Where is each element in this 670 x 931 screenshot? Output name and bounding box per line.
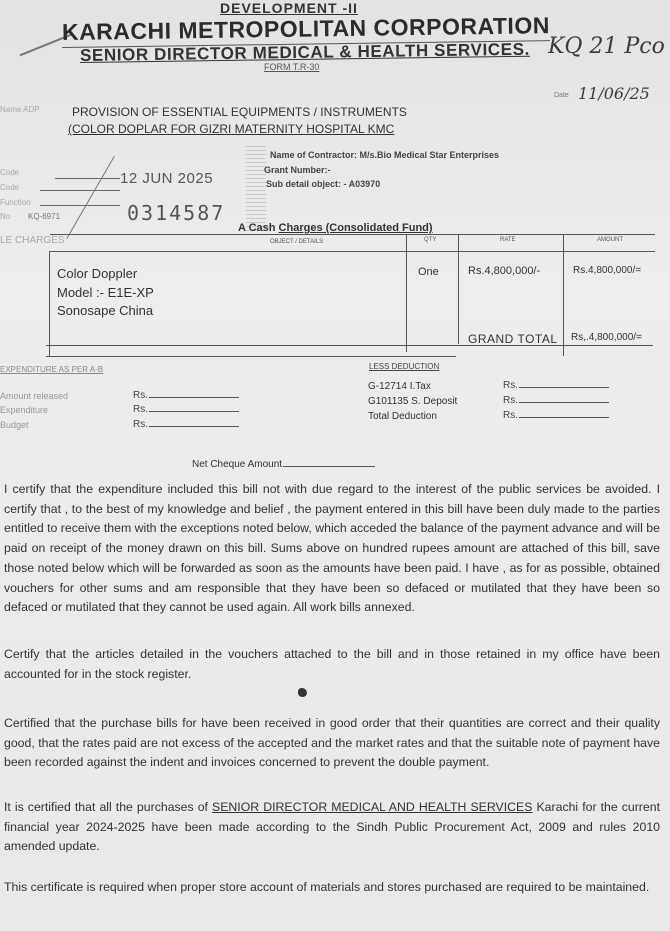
rs-prefix: Rs. xyxy=(503,380,518,391)
bill-form-page: DEVELOPMENT -II KARACHI METROPOLITAN COR… xyxy=(0,0,670,931)
table-col-line xyxy=(49,251,50,356)
table-total-divider xyxy=(46,345,653,346)
sub-detail-object: Sub detail object: - A03970 xyxy=(266,179,380,189)
rs-prefix: Rs. xyxy=(503,410,518,421)
serial-number-stamp: 0314587 xyxy=(127,201,225,225)
deduction-label: G101135 S. Deposit xyxy=(368,396,457,407)
certificate-paragraph: This certificate is required when proper… xyxy=(4,880,660,895)
certificate-paragraph: Certified that the purchase bills for ha… xyxy=(4,714,660,773)
blank-line xyxy=(149,426,239,427)
deductions-heading: LESS DEDUCTION xyxy=(369,362,439,371)
table-border-top xyxy=(50,234,655,235)
project-title-line1: PROVISION OF ESSENTIAL EQUIPMENTS / INST… xyxy=(72,105,407,119)
project-margin-label: Name ADP xyxy=(0,105,40,114)
blank-line xyxy=(283,466,375,467)
deduction-label: G-12714 I.Tax xyxy=(368,381,431,392)
certificate-paragraph: I certify that the expenditure included … xyxy=(4,480,660,618)
blank-line xyxy=(149,397,239,398)
item-description-line: Model :- E1E-XP xyxy=(57,285,154,300)
expenditure-label: Amount released xyxy=(0,391,68,401)
expenditure-amount-field[interactable]: Rs. xyxy=(133,390,239,401)
blank-line xyxy=(149,411,239,412)
contractor-name: Name of Contractor: M/s.Bio Medical Star… xyxy=(270,150,499,160)
grant-number: Grant Number:- xyxy=(264,165,331,175)
certificate-paragraph: Certify that the articles detailed in th… xyxy=(4,645,660,684)
table-border-bottom xyxy=(46,356,456,357)
ink-mark xyxy=(298,688,307,697)
certificate-text: It is certified that all the purchases o… xyxy=(4,800,212,814)
charges-title-prefix: A Cash xyxy=(238,222,279,234)
table-header-divider xyxy=(50,251,655,252)
margin-label: Function xyxy=(0,198,31,207)
department-reference: SENIOR DIRECTOR MEDICAL AND HEALTH SERVI… xyxy=(212,800,532,814)
field-line xyxy=(40,205,120,206)
handwritten-reference: KQ 21 Pco xyxy=(548,34,665,59)
margin-label: No xyxy=(0,212,10,221)
form-code: FORM T.R-30 xyxy=(264,62,319,72)
item-rate: Rs.4,800,000/- xyxy=(468,265,540,277)
blank-line xyxy=(519,387,609,388)
field-line xyxy=(55,178,120,179)
table-col-line xyxy=(458,234,459,344)
stamp-dots xyxy=(246,146,266,231)
margin-label: Code xyxy=(0,183,19,192)
received-date-stamp: 12 JUN 2025 xyxy=(120,170,213,187)
col-header-amount: AMOUNT xyxy=(597,237,623,243)
deduction-label: Total Deduction xyxy=(368,411,437,422)
expenditure-label: Expenditure xyxy=(0,405,48,415)
charges-margin-label: LE CHARGES xyxy=(0,235,64,246)
table-col-line xyxy=(406,234,407,352)
charges-title-main: Charges (Consolidated Fund) xyxy=(279,222,433,234)
certificate-paragraph: It is certified that all the purchases o… xyxy=(4,798,660,857)
grand-total-value: Rs,.4,800,000/= xyxy=(571,332,642,343)
table-col-line xyxy=(563,234,564,356)
blank-line xyxy=(519,402,609,403)
item-description-line: Color Doppler xyxy=(57,266,137,281)
deduction-amount-field[interactable]: Rs. xyxy=(503,410,609,421)
margin-label: Code xyxy=(0,168,19,177)
section-title: DEVELOPMENT -II xyxy=(220,0,358,16)
project-title-line2: (COLOR DOPLAR FOR GIZRI MATERNITY HOSPIT… xyxy=(68,122,394,136)
item-qty: One xyxy=(418,266,439,278)
deduction-amount-field[interactable]: Rs. xyxy=(503,395,609,406)
kq-code: KQ-6971 xyxy=(28,212,60,221)
grand-total-label: GRAND TOTAL xyxy=(468,332,558,346)
handwritten-date: 11/06/25 xyxy=(578,84,650,103)
rs-prefix: Rs. xyxy=(133,404,148,415)
col-header-rate: RATE xyxy=(500,237,516,243)
net-cheque-amount-field[interactable]: Net Cheque Amount xyxy=(192,459,375,470)
expenditure-heading: EXPENDITURE AS PER A-B xyxy=(0,365,103,374)
charges-title: A Cash Charges (Consolidated Fund) xyxy=(238,222,433,234)
col-header-qty: QTY xyxy=(424,237,436,243)
rs-prefix: Rs. xyxy=(133,390,148,401)
signature-stroke xyxy=(66,156,114,239)
rs-prefix: Rs. xyxy=(503,395,518,406)
blank-line xyxy=(519,417,609,418)
expenditure-amount-field[interactable]: Rs. xyxy=(133,419,239,430)
col-header-object: OBJECT / DETAILS xyxy=(270,239,323,245)
date-label: Date xyxy=(554,92,569,99)
rs-prefix: Rs. xyxy=(133,419,148,430)
expenditure-amount-field[interactable]: Rs. xyxy=(133,404,239,415)
net-cheque-label: Net Cheque Amount xyxy=(192,459,282,470)
expenditure-label: Budget xyxy=(0,420,29,430)
field-line xyxy=(40,190,120,191)
deduction-amount-field[interactable]: Rs. xyxy=(503,380,609,391)
item-amount: Rs.4,800,000/= xyxy=(573,265,641,276)
item-description-line: Sonosape China xyxy=(57,303,153,318)
